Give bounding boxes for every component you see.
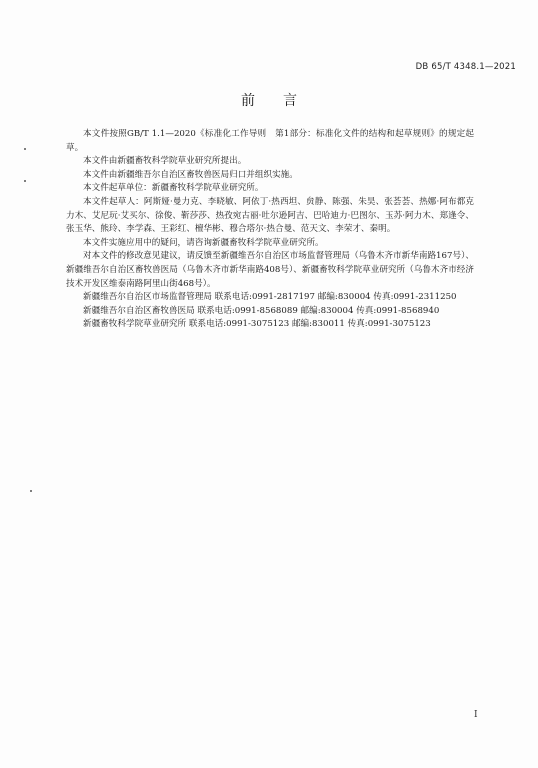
contact-line: 新疆维吾尔自治区畜牧兽医局 联系电话:0991-8568089 邮编:83000… [66, 305, 474, 319]
document-page: DB 65/T 4348.1—2021 前言 本文件按照GB/T 1.1—202… [0, 0, 538, 768]
contact-phone-label: 联系电话: [197, 306, 234, 316]
title-char-2: 言 [283, 90, 297, 110]
standard-code: DB 65/T 4348.1—2021 [416, 62, 516, 72]
scan-speck [24, 148, 26, 150]
contact-org: 新疆维吾尔自治区畜牧兽医局 [83, 306, 195, 316]
paragraph-feedback: 对本文件的修改意见建议，请反馈至新疆维吾尔自治区市场监督管理局（乌鲁木齐市新华南… [66, 250, 474, 291]
paragraph-inquiries: 本文件实施应用中的疑问，请咨询新疆畜牧科学院草业研究所。 [66, 237, 474, 251]
foreword-body: 本文件按照GB/T 1.1—2020《标准化工作导则 第1部分：标准化文件的结构… [66, 128, 474, 332]
scan-speck [30, 490, 32, 492]
contact-postcode-label: 邮编: [292, 319, 312, 329]
paragraph-administrator: 本文件由新疆维吾尔自治区畜牧兽医局归口并组织实施。 [66, 169, 474, 183]
contact-postcode: 830011 [312, 319, 345, 329]
contact-org: 新疆维吾尔自治区市场监督管理局 [83, 292, 212, 302]
contact-phone-label: 联系电话: [189, 319, 226, 329]
scan-speck [24, 180, 26, 182]
contact-postcode-label: 邮编: [301, 306, 321, 316]
contact-fax: 0991-3075123 [368, 319, 431, 329]
paragraph-drafting-rules: 本文件按照GB/T 1.1—2020《标准化工作导则 第1部分：标准化文件的结构… [66, 128, 474, 155]
contact-line: 新疆维吾尔自治区市场监督管理局 联系电话:0991-2817197 邮编:830… [66, 291, 474, 305]
contact-phone: 0991-2817197 [252, 292, 315, 302]
contact-postcode: 830004 [338, 292, 371, 302]
contact-phone: 0991-3075123 [226, 319, 289, 329]
contact-postcode-label: 邮编: [318, 292, 338, 302]
contact-org: 新疆畜牧科学院草业研究所 [83, 319, 186, 329]
contact-line: 新疆畜牧科学院草业研究所 联系电话:0991-3075123 邮编:830011… [66, 318, 474, 332]
contact-fax: 0991-8568940 [376, 306, 439, 316]
contact-phone: 0991-8568089 [235, 306, 298, 316]
page-number: I [474, 710, 478, 720]
contact-phone-label: 联系电话: [215, 292, 252, 302]
contact-fax-label: 传真: [348, 319, 368, 329]
paragraph-drafters: 本文件起草人：阿斯娅·曼力克、李晓敏、阿依丁·热西坦、贠静、陈强、朱昊、张荟荟、… [66, 196, 474, 237]
title-char-1: 前 [241, 90, 255, 110]
contact-fax-label: 传真: [373, 292, 393, 302]
contact-postcode: 830004 [321, 306, 354, 316]
contact-fax: 0991-2311250 [393, 292, 456, 302]
paragraph-drafting-unit: 本文件起草单位：新疆畜牧科学院草业研究所。 [66, 182, 474, 196]
contact-fax-label: 传真: [356, 306, 376, 316]
page-title: 前言 [0, 90, 538, 110]
paragraph-proposer: 本文件由新疆畜牧科学院草业研究所提出。 [66, 155, 474, 169]
